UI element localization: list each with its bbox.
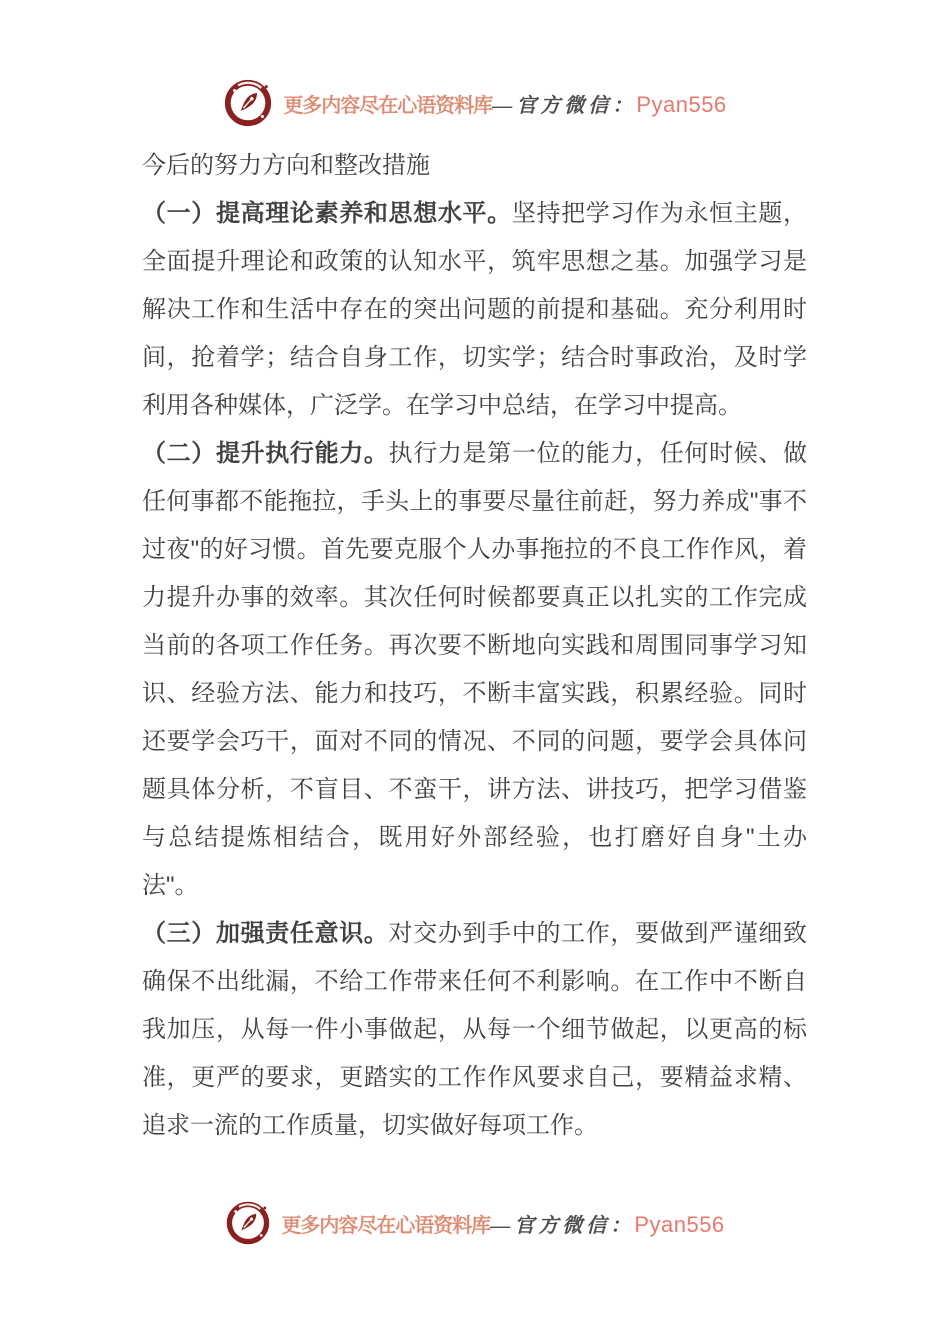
watermark-wechat-id: Pyan556: [636, 92, 726, 118]
paragraph-3-lead: （三）加强责任意识。: [142, 920, 389, 947]
watermark-text: 更多内容尽在心语资料库 —官方微信： Pyan556: [281, 1209, 724, 1238]
paragraph-1-text: 坚持把学习作为永恒主题，全面提升理论和政策的认知水平，筑牢思想之基。加强学习是解…: [142, 200, 807, 419]
watermark-wechat-label: —官方微信：: [490, 1209, 634, 1238]
document-heading: 今后的努力方向和整改措施: [142, 142, 807, 190]
paragraph-3: （三）加强责任意识。对交办到手中的工作，要做到严谨细致确保不出纰漏，不给工作带来…: [142, 910, 807, 1150]
watermark-footer: 更多内容尽在心语资料库 —官方微信： Pyan556: [0, 1200, 950, 1246]
watermark-text: 更多内容尽在心语资料库 —官方微信： Pyan556: [283, 89, 726, 118]
paragraph-2-text: 执行力是第一位的能力，任何时候、做任何事都不能拖拉，手头上的事要尽量往前赶，努力…: [142, 440, 807, 899]
watermark-site-name: 更多内容尽在心语资料库: [281, 1209, 490, 1238]
pen-circle-logo-icon: [225, 1200, 271, 1246]
pen-circle-logo-icon: [223, 78, 273, 128]
watermark-wechat-id: Pyan556: [634, 1212, 724, 1238]
paragraph-3-text: 对交办到手中的工作，要做到严谨细致确保不出纰漏，不给工作带来任何不利影响。在工作…: [142, 920, 807, 1139]
paragraph-2-lead: （二）提升执行能力。: [142, 440, 389, 467]
paragraph-1-lead: （一）提高理论素养和思想水平。: [142, 200, 512, 227]
watermark-wechat-label: —官方微信：: [492, 89, 636, 118]
watermark-site-name: 更多内容尽在心语资料库: [283, 89, 492, 118]
document-body: 今后的努力方向和整改措施 （一）提高理论素养和思想水平。坚持把学习作为永恒主题，…: [142, 142, 807, 1150]
watermark-header: 更多内容尽在心语资料库 —官方微信： Pyan556: [0, 78, 950, 128]
paragraph-2: （二）提升执行能力。执行力是第一位的能力，任何时候、做任何事都不能拖拉，手头上的…: [142, 430, 807, 910]
paragraph-1: （一）提高理论素养和思想水平。坚持把学习作为永恒主题，全面提升理论和政策的认知水…: [142, 190, 807, 430]
